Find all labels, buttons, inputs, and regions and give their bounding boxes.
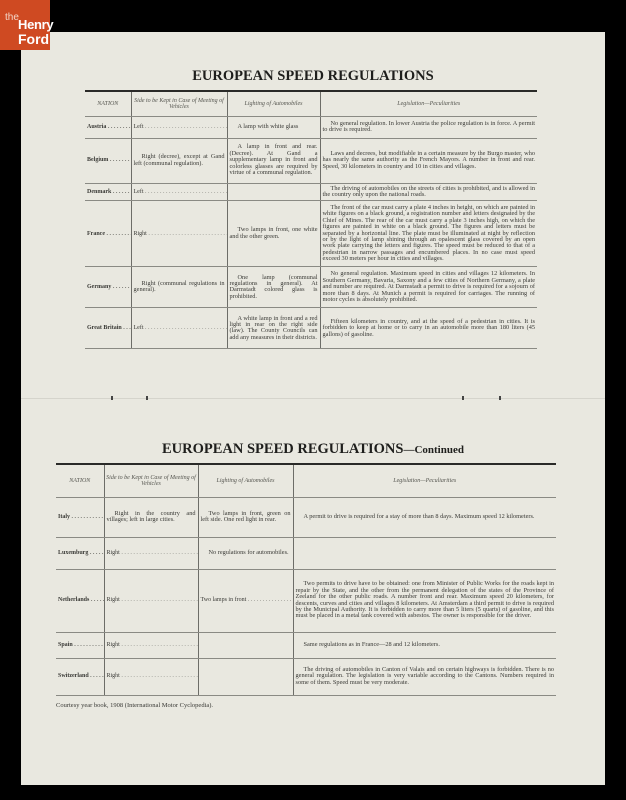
section1-title: EUROPEAN SPEED REGULATIONS bbox=[21, 68, 605, 85]
nation-cell: Luxemburg bbox=[56, 537, 104, 569]
section2-title: EUROPEAN SPEED REGULATIONS—Continued bbox=[21, 441, 605, 458]
fold-mark bbox=[146, 396, 148, 400]
nation-cell: Italy bbox=[56, 497, 104, 537]
side-cell: Right bbox=[131, 201, 227, 267]
nation-cell: Switzerland bbox=[56, 658, 104, 695]
legislation-cell: The front of the car must carry a plate … bbox=[320, 201, 537, 267]
header-lighting: Lighting of Automobiles bbox=[227, 92, 320, 116]
lighting-cell: A white lamp in front and a red light in… bbox=[227, 308, 320, 349]
header-legislation: Legislation—Peculiarities bbox=[320, 92, 537, 116]
nation-cell: Austria bbox=[85, 116, 131, 138]
table-row: Luxemburg Right No regulations for autom… bbox=[56, 537, 556, 569]
side-cell: Right (decree), except at Gand left (com… bbox=[131, 138, 227, 183]
nation-cell: Denmark bbox=[85, 183, 131, 201]
section2-title-text: EUROPEAN SPEED REGULATIONS bbox=[162, 441, 403, 457]
legislation-cell: The driving of automobiles in Canton of … bbox=[293, 658, 556, 695]
legislation-cell: Two permits to drive have to be obtained… bbox=[293, 569, 556, 632]
nation-cell: Great Britain bbox=[85, 308, 131, 349]
table-row: Italy Right in the country and villages;… bbox=[56, 497, 556, 537]
side-cell: Left bbox=[131, 183, 227, 201]
legislation-cell: The driving of automobiles on the street… bbox=[320, 183, 537, 201]
section2-title-suffix: —Continued bbox=[403, 444, 464, 456]
table-row: Switzerland Right The driving of automob… bbox=[56, 658, 556, 695]
fold-mark bbox=[499, 396, 501, 400]
header-lighting: Lighting of Automobiles bbox=[198, 465, 293, 497]
lighting-cell bbox=[198, 632, 293, 658]
side-cell: Left bbox=[131, 116, 227, 138]
logo-henry: Henry bbox=[18, 17, 53, 32]
section2-header-row: NATION Side to be Kept in Case of Meetin… bbox=[56, 465, 556, 497]
side-cell: Left bbox=[131, 308, 227, 349]
lighting-cell: A lamp with white glass bbox=[227, 116, 320, 138]
page-fold-line bbox=[21, 398, 605, 399]
lighting-cell: One lamp (communal regulations in genera… bbox=[227, 267, 320, 308]
lighting-cell bbox=[227, 183, 320, 201]
section1-table: NATION Side to be Kept in Case of Meetin… bbox=[85, 92, 537, 349]
side-cell: Right bbox=[104, 658, 198, 695]
henry-ford-logo: the Henry Ford bbox=[0, 0, 50, 50]
legislation-cell bbox=[293, 537, 556, 569]
header-side: Side to be Kept in Case of Meeting of Ve… bbox=[104, 465, 198, 497]
table-row: France Right Two lamps in front, one whi… bbox=[85, 201, 537, 267]
table-row: Belgium Right (decree), except at Gand l… bbox=[85, 138, 537, 183]
lighting-cell: Two lamps in front bbox=[198, 569, 293, 632]
section2-table: NATION Side to be Kept in Case of Meetin… bbox=[56, 465, 556, 696]
fold-mark bbox=[462, 396, 464, 400]
header-side: Side to be Kept in Case of Meeting of Ve… bbox=[131, 92, 227, 116]
table-row: Spain Right Same regulations as in Franc… bbox=[56, 632, 556, 658]
header-nation: NATION bbox=[56, 465, 104, 497]
header-legislation: Legislation—Peculiarities bbox=[293, 465, 556, 497]
table-row: Great Britain Left A white lamp in front… bbox=[85, 308, 537, 349]
lighting-cell: No regulations for automobiles. bbox=[198, 537, 293, 569]
nation-cell: Spain bbox=[56, 632, 104, 658]
nation-cell: France bbox=[85, 201, 131, 267]
lighting-cell: A lamp in front and rear. (Decree). At G… bbox=[227, 138, 320, 183]
side-cell: Right bbox=[104, 569, 198, 632]
side-cell: Right bbox=[104, 537, 198, 569]
nation-cell: Belgium bbox=[85, 138, 131, 183]
lighting-cell: Two lamps in front, green on left side. … bbox=[198, 497, 293, 537]
courtesy-note: Courtesy year book, 1908 (International … bbox=[56, 702, 213, 709]
document-page: EUROPEAN SPEED REGULATIONS NATION Side t… bbox=[21, 32, 605, 785]
side-cell: Right (communal regulations in general). bbox=[131, 267, 227, 308]
lighting-cell: Two lamps in front, one white and the ot… bbox=[227, 201, 320, 267]
table-row: Germany Right (communal regulations in g… bbox=[85, 267, 537, 308]
side-cell: Right bbox=[104, 632, 198, 658]
header-nation: NATION bbox=[85, 92, 131, 116]
logo-ford: Ford bbox=[18, 31, 49, 47]
table-row: Austria Left A lamp with white glass No … bbox=[85, 116, 537, 138]
logo-the: the bbox=[5, 12, 19, 23]
legislation-cell: Same regulations as in France—28 and 12 … bbox=[293, 632, 556, 658]
legislation-cell: No general regulation. In lower Austria … bbox=[320, 116, 537, 138]
nation-cell: Netherlands bbox=[56, 569, 104, 632]
legislation-cell: Laws and decrees, but modifiable in a ce… bbox=[320, 138, 537, 183]
fold-mark bbox=[111, 396, 113, 400]
lighting-cell bbox=[198, 658, 293, 695]
legislation-cell: A permit to drive is required for a stay… bbox=[293, 497, 556, 537]
section1-header-row: NATION Side to be Kept in Case of Meetin… bbox=[85, 92, 537, 116]
table-row: Netherlands Right Two lamps in front Two… bbox=[56, 569, 556, 632]
legislation-cell: No general regulation. Maximum speed in … bbox=[320, 267, 537, 308]
side-cell: Right in the country and villages; left … bbox=[104, 497, 198, 537]
legislation-cell: Fifteen kilometers in country, and at th… bbox=[320, 308, 537, 349]
table-row: Denmark Left The driving of automobiles … bbox=[85, 183, 537, 201]
nation-cell: Germany bbox=[85, 267, 131, 308]
